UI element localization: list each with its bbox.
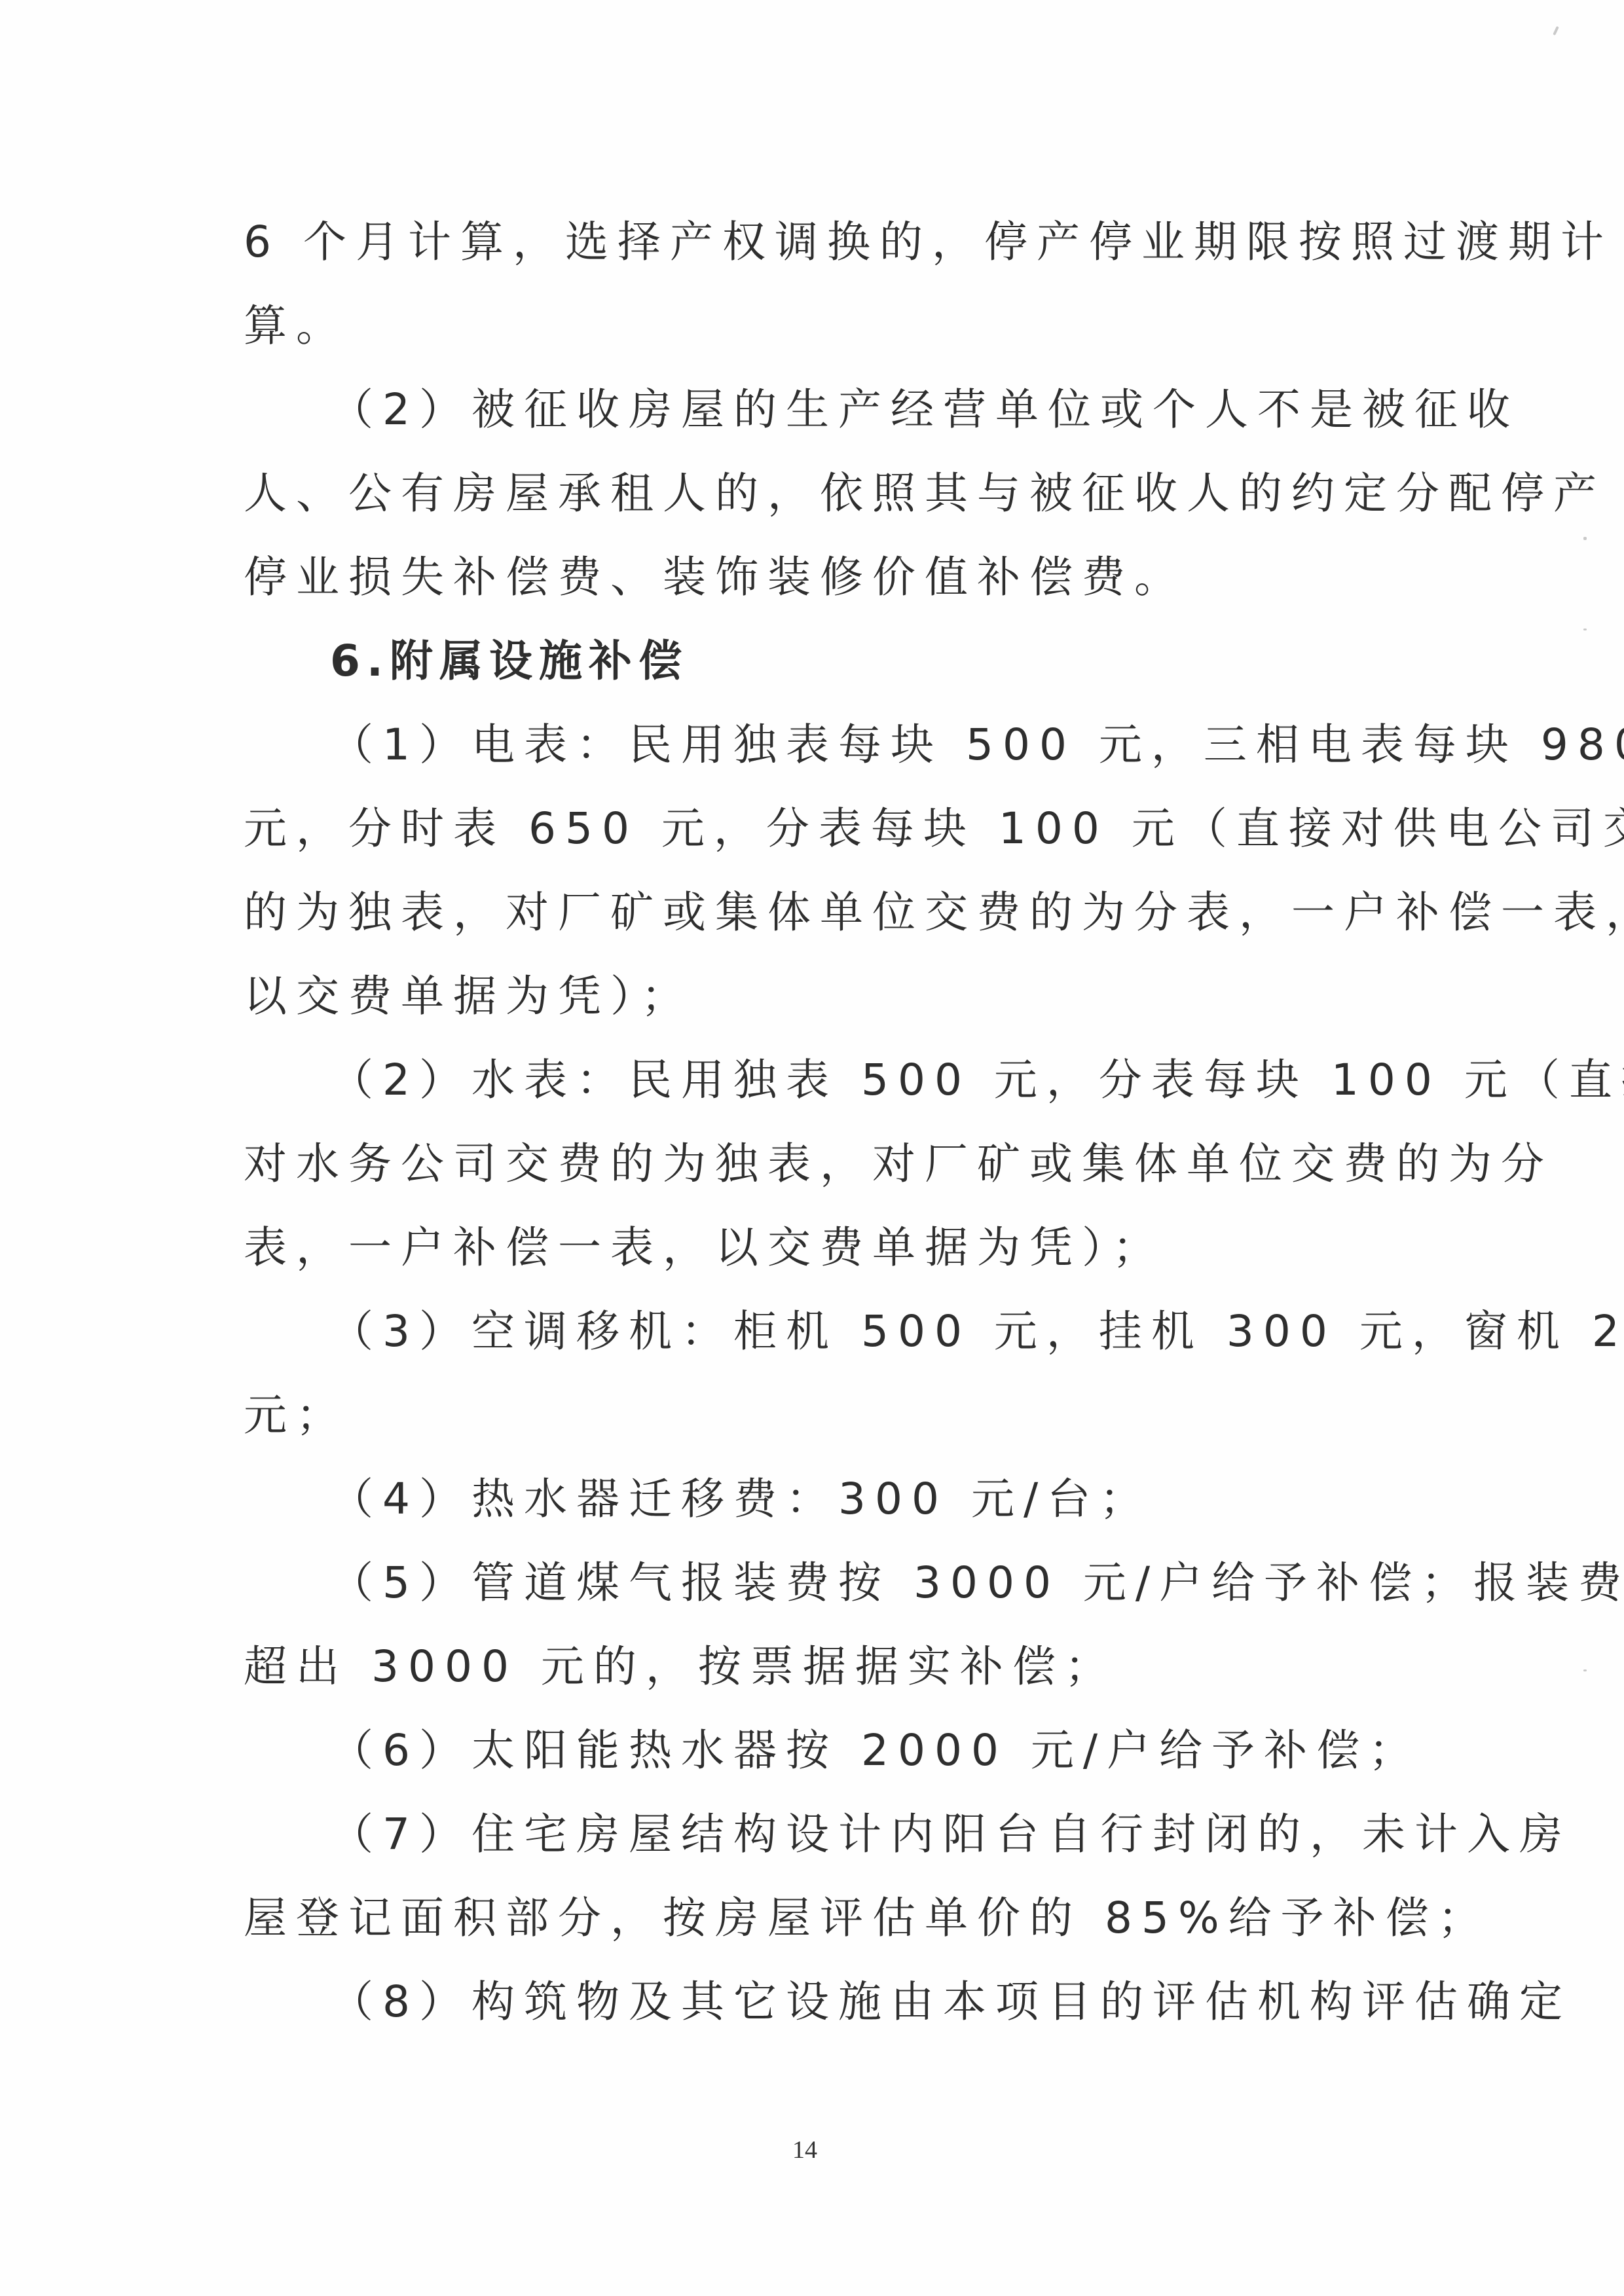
paragraph-line: 6 个月计算，选择产权调换的，停产停业期限按照过渡期计 <box>244 216 1613 268</box>
paragraph-line: （5）管道煤气报装费按 3000 元/户给予补偿；报装费 <box>330 1557 1624 1609</box>
paragraph-line: 停业损失补偿费、装饰装修价值补偿费。 <box>244 551 1187 604</box>
paragraph-line: （3）空调移机：柜机 500 元，挂机 300 元，窗机 200 <box>330 1305 1624 1358</box>
paragraph-line: 表，一户补偿一表，以交费单据为凭）； <box>244 1222 1165 1274</box>
paragraph-line: （7）住宅房屋结构设计内阳台自行封闭的，未计入房 <box>330 1808 1572 1861</box>
paragraph-line: （6）太阳能热水器按 2000 元/户给予补偿； <box>330 1724 1421 1777</box>
paragraph-line: （8）构筑物及其它设施由本项目的评估机构评估确定 <box>330 1976 1572 2028</box>
paragraph-line: （2）被征收房屋的生产经营单位或个人不是被征收 <box>330 384 1519 436</box>
paragraph-line: （2）水表：民用独表 500 元，分表每块 100 元（直接 <box>330 1054 1624 1106</box>
paragraph-line: 屋登记面积部分，按房屋评估单价的 85%给予补偿； <box>244 1892 1490 1944</box>
paragraph-line: 以交费单据为凭）； <box>244 970 693 1023</box>
paragraph-line: （1）电表：民用独表每块 500 元，三相电表每块 980 <box>330 719 1624 771</box>
paragraph-line: 的为独表，对厂矿或集体单位交费的为分表，一户补偿一表， <box>244 886 1624 939</box>
scan-artifact <box>1553 26 1559 35</box>
paragraph-line: 元，分时表 650 元，分表每块 100 元（直接对供电公司交费 <box>244 803 1624 855</box>
paragraph-line: 元； <box>244 1389 348 1442</box>
paragraph-line: 对水务公司交费的为独表，对厂矿或集体单位交费的为分 <box>244 1138 1553 1190</box>
paragraph-line: 超出 3000 元的，按票据据实补偿； <box>244 1641 1117 1693</box>
paragraph-line: 算。 <box>244 300 348 352</box>
page-number: 14 <box>792 2136 817 2164</box>
paragraph-line: （4）热水器迁移费：300 元/台； <box>330 1473 1152 1525</box>
document-page: 6 个月计算，选择产权调换的，停产停业期限按照过渡期计 算。 （2）被征收房屋的… <box>0 0 1624 2296</box>
scan-artifact <box>1583 629 1587 630</box>
paragraph-line: 人、公有房屋承租人的，依照其与被征收人的约定分配停产 <box>244 467 1606 520</box>
scan-artifact <box>1583 1669 1587 1671</box>
section-heading: 6.附属设施补偿 <box>330 635 688 687</box>
scan-artifact <box>1583 537 1587 540</box>
